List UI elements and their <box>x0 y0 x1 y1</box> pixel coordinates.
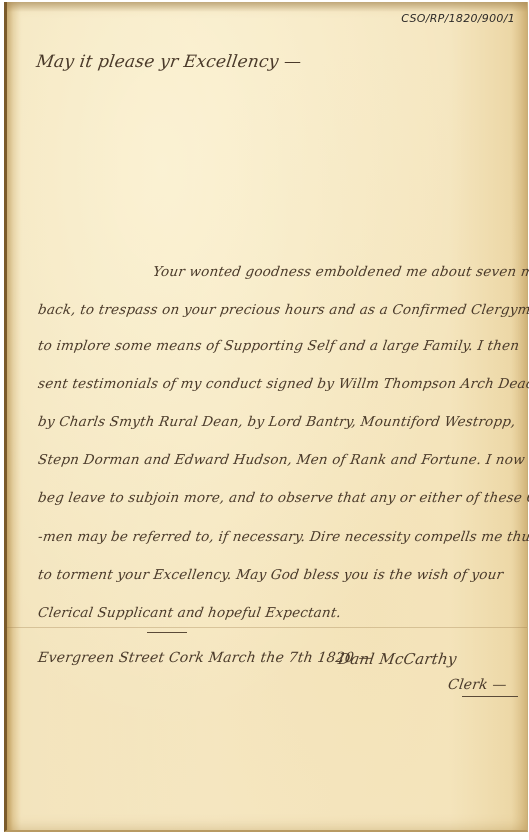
letter-page: CSO/RP/1820/900/1 May it please yr Excel… <box>4 2 528 832</box>
signature-underline <box>462 696 518 697</box>
salutation: May it please yr Excellency — <box>35 52 303 72</box>
body-line: sent testimonials of my conduct signed b… <box>37 376 519 392</box>
body-line: back, to trespass on your precious hours… <box>37 302 519 318</box>
body-line: by Charls Smyth Rural Dean, by Lord Bant… <box>37 414 519 430</box>
body-line: -men may be referred to, if necessary. D… <box>37 529 519 545</box>
archive-reference-number: CSO/RP/1820/900/1 <box>401 12 515 25</box>
signature-title: Clerk — <box>447 677 508 693</box>
body-line: to torment your Excellency. May God bles… <box>37 567 519 583</box>
flourish-line <box>147 632 187 633</box>
body-line: Clerical Supplicant and hopeful Expectan… <box>37 605 519 621</box>
body-line: to implore some means of Supporting Self… <box>37 338 519 354</box>
body-line: beg leave to subjoin more, and to observ… <box>37 490 519 506</box>
paper-fold-line <box>7 627 527 628</box>
body-line: Stepn Dorman and Edward Hudson, Men of R… <box>37 452 519 468</box>
body-line: Your wonted goodness emboldened me about… <box>152 264 524 280</box>
closing-place-date: Evergreen Street Cork March the 7th 1820… <box>37 650 374 666</box>
signature-name: Danl McCarthy <box>337 650 458 668</box>
